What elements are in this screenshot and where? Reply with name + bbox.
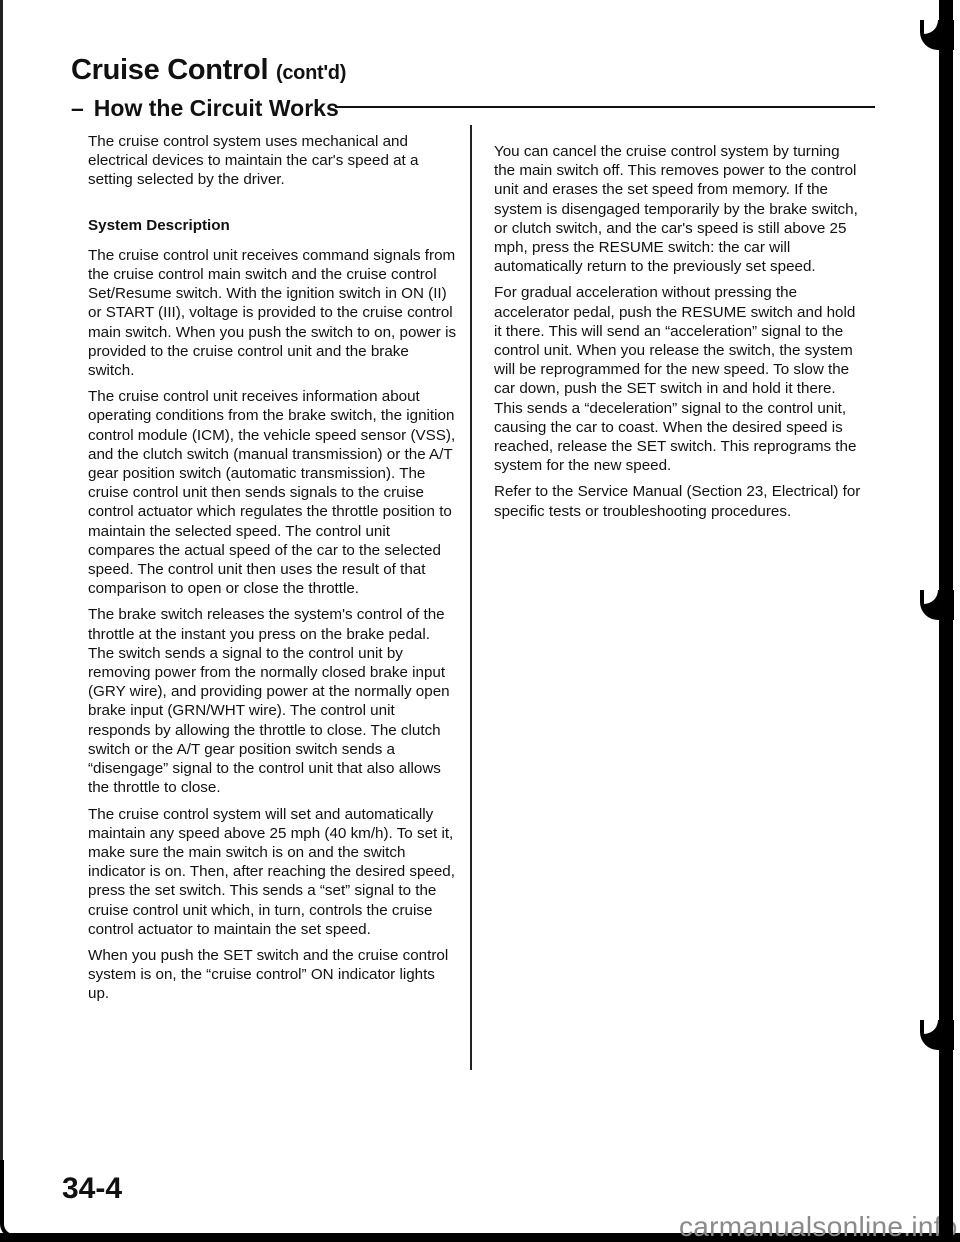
page-title: Cruise Control (cont'd) xyxy=(71,54,346,87)
page-title-text: Cruise Control xyxy=(71,54,268,86)
section-title-text: How the Circuit Works xyxy=(94,95,339,121)
paragraph: Refer to the Service Manual (Section 23,… xyxy=(494,482,864,520)
paragraph: The cruise control unit receives command… xyxy=(88,246,458,380)
page-left-border xyxy=(0,0,3,1200)
system-description-heading: System Description xyxy=(88,216,458,235)
paragraph: When you push the SET switch and the cru… xyxy=(88,946,458,1004)
intro-paragraph: The cruise control system uses mechanica… xyxy=(88,132,458,190)
section-dash: – xyxy=(71,95,84,121)
paragraph: The cruise control unit receives informa… xyxy=(88,387,458,598)
page-number: 34-4 xyxy=(62,1172,122,1206)
tab-notch-icon xyxy=(920,1020,954,1050)
watermark-link[interactable]: carmanualsonline.info xyxy=(679,1211,958,1242)
tab-notch-icon xyxy=(920,20,954,50)
paragraph: For gradual acceleration without pressin… xyxy=(494,283,864,475)
column-divider xyxy=(470,125,472,1070)
section-tab-bar xyxy=(939,0,953,1242)
right-column: You can cancel the cruise control system… xyxy=(494,142,864,528)
page-bottom-corner xyxy=(0,1160,16,1238)
left-column: The cruise control system uses mechanica… xyxy=(88,132,458,1011)
tab-notch-icon xyxy=(920,590,954,620)
paragraph: You can cancel the cruise control system… xyxy=(494,142,864,276)
section-rule xyxy=(335,106,875,108)
paragraph: The brake switch releases the system's c… xyxy=(88,605,458,797)
paragraph: The cruise control system will set and a… xyxy=(88,805,458,939)
page-title-suffix: (cont'd) xyxy=(276,62,346,84)
section-title: –How the Circuit Works xyxy=(71,95,339,122)
